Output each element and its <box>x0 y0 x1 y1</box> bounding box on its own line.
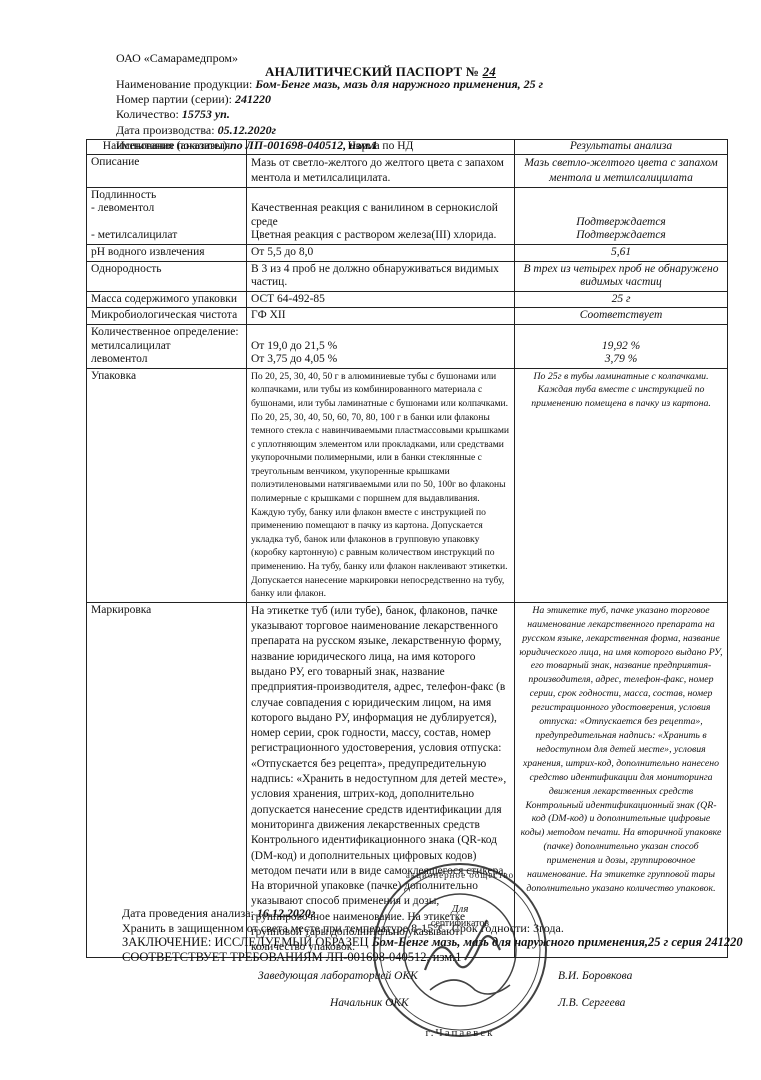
indicator-cell: Маркировка <box>87 602 247 957</box>
indicator-line: метилсалицилат <box>91 340 242 354</box>
production-date-value: 05.12.2020г <box>218 123 276 137</box>
indicator-cell: Масса содержимого упаковки <box>87 291 247 308</box>
indicator-cell: Упаковка <box>87 368 247 602</box>
result-cell: По 25г в тубы ламинатные с колпачками. К… <box>515 368 728 602</box>
batch-value: 241220 <box>235 92 271 106</box>
result-line: Подтверждается <box>519 229 723 243</box>
result-cell: Подтверждается Подтверждается <box>515 187 728 244</box>
column-header-results: Результаты анализа <box>515 140 728 155</box>
quantity-line: Количество: 15753 уп. <box>116 107 543 122</box>
result-line: 19,92 % <box>519 340 723 354</box>
product-name-line: Наименование продукции: Бом-Бенге мазь, … <box>116 77 543 92</box>
signer-name: В.И. Боровкова <box>558 970 632 982</box>
company-stamp-icon: Для сертификатов г.Чапаевск акционерное … <box>370 840 550 1060</box>
table-row: Упаковка По 20, 25, 30, 40, 50 г в алюми… <box>87 368 728 602</box>
result-line <box>519 326 723 340</box>
result-cell: Соответствует <box>515 308 728 325</box>
indicator-line <box>91 216 242 230</box>
result-line: 3,79 % <box>519 353 723 367</box>
product-value: Бом-Бенге мазь, мазь для наружного приме… <box>255 77 543 91</box>
norm-cell: Качественная реакция с ванилином в серно… <box>247 187 515 244</box>
table-row: Количественное определение: метилсалицил… <box>87 324 728 368</box>
signer-name: Л.В. Сергеева <box>558 997 625 1009</box>
norm-cell: ОСТ 64-492-85 <box>247 291 515 308</box>
norm-cell: Мазь от светло-желтого до желтого цвета … <box>247 154 515 187</box>
result-cell: 25 г <box>515 291 728 308</box>
norm-line <box>251 326 510 340</box>
indicator-line: - метилсалицилат <box>91 229 242 243</box>
norm-cell: В 3 из 4 проб не должно обнаруживаться в… <box>247 261 515 291</box>
table-row: pH водного извлечения От 5,5 до 8,0 5,61 <box>87 244 728 261</box>
table-row: Масса содержимого упаковки ОСТ 64-492-85… <box>87 291 728 308</box>
norm-line: От 3,75 до 4,05 % <box>251 353 510 367</box>
indicator-cell: Микробиологическая чистота <box>87 308 247 325</box>
indicator-line: - левоментол <box>91 202 242 216</box>
norm-line <box>251 189 510 203</box>
indicator-line: левоментол <box>91 353 242 367</box>
quantity-value: 15753 уп. <box>182 107 230 121</box>
indicator-line: Подлинность <box>91 189 242 203</box>
svg-text:сертификатов: сертификатов <box>431 918 490 929</box>
norm-cell: От 5,5 до 8,0 <box>247 244 515 261</box>
table-header-row: Наименование показателя Норма по НД Резу… <box>87 140 728 155</box>
result-line <box>519 202 723 216</box>
analysis-table: Наименование показателя Норма по НД Резу… <box>86 139 728 958</box>
column-header-indicator: Наименование показателя <box>87 140 247 155</box>
product-label: Наименование продукции: <box>116 77 252 91</box>
norm-line: Качественная реакция с ванилином в серно… <box>251 202 510 216</box>
quantity-label: Количество: <box>116 107 179 121</box>
norm-line: От 19,0 до 21,5 % <box>251 340 510 354</box>
analysis-date-label: Дата проведения анализа: <box>122 906 254 920</box>
production-date-label: Дата производства: <box>116 123 215 137</box>
column-header-norm: Норма по НД <box>247 140 515 155</box>
norm-cell: По 20, 25, 30, 40, 50 г в алюминиевые ту… <box>247 368 515 602</box>
norm-cell: От 19,0 до 21,5 % От 3,75 до 4,05 % <box>247 324 515 368</box>
norm-line: среде <box>251 216 510 230</box>
svg-text:г.Чапаевск: г.Чапаевск <box>426 1027 495 1039</box>
batch-label: Номер партии (серии): <box>116 92 232 106</box>
result-cell: 19,92 % 3,79 % <box>515 324 728 368</box>
batch-line: Номер партии (серии): 241220 <box>116 92 543 107</box>
norm-cell: ГФ XII <box>247 308 515 325</box>
table-row: Микробиологическая чистота ГФ XII Соотве… <box>87 308 728 325</box>
table-row: Однородность В 3 из 4 проб не должно обн… <box>87 261 728 291</box>
indicator-cell: Описание <box>87 154 247 187</box>
indicator-cell: pH водного извлечения <box>87 244 247 261</box>
analysis-date-value: 16.12.2020г <box>257 906 315 920</box>
svg-text:Для: Для <box>451 903 469 915</box>
norm-line: Цветная реакция с раствором железа(III) … <box>251 229 510 243</box>
table-row: Описание Мазь от светло-желтого до желто… <box>87 154 728 187</box>
svg-text:акционерное общество: акционерное общество <box>406 870 514 880</box>
indicator-line: Количественное определение: <box>91 326 242 340</box>
result-line <box>519 189 723 203</box>
conclusion-label: ЗАКЛЮЧЕНИЕ: ИССЛЕДУЕМЫЙ ОБРАЗЕЦ <box>122 935 369 949</box>
indicator-cell: Подлинность - левоментол - метилсалицила… <box>87 187 247 244</box>
result-cell: 5,61 <box>515 244 728 261</box>
result-line: Подтверждается <box>519 216 723 230</box>
production-date-line: Дата производства: 05.12.2020г <box>116 123 543 138</box>
indicator-cell: Количественное определение: метилсалицил… <box>87 324 247 368</box>
table-row: Подлинность - левоментол - метилсалицила… <box>87 187 728 244</box>
result-cell: Мазь светло-желтого цвета с запахом мент… <box>515 154 728 187</box>
indicator-cell: Однородность <box>87 261 247 291</box>
result-cell: В трех из четырех проб не обнаружено вид… <box>515 261 728 291</box>
